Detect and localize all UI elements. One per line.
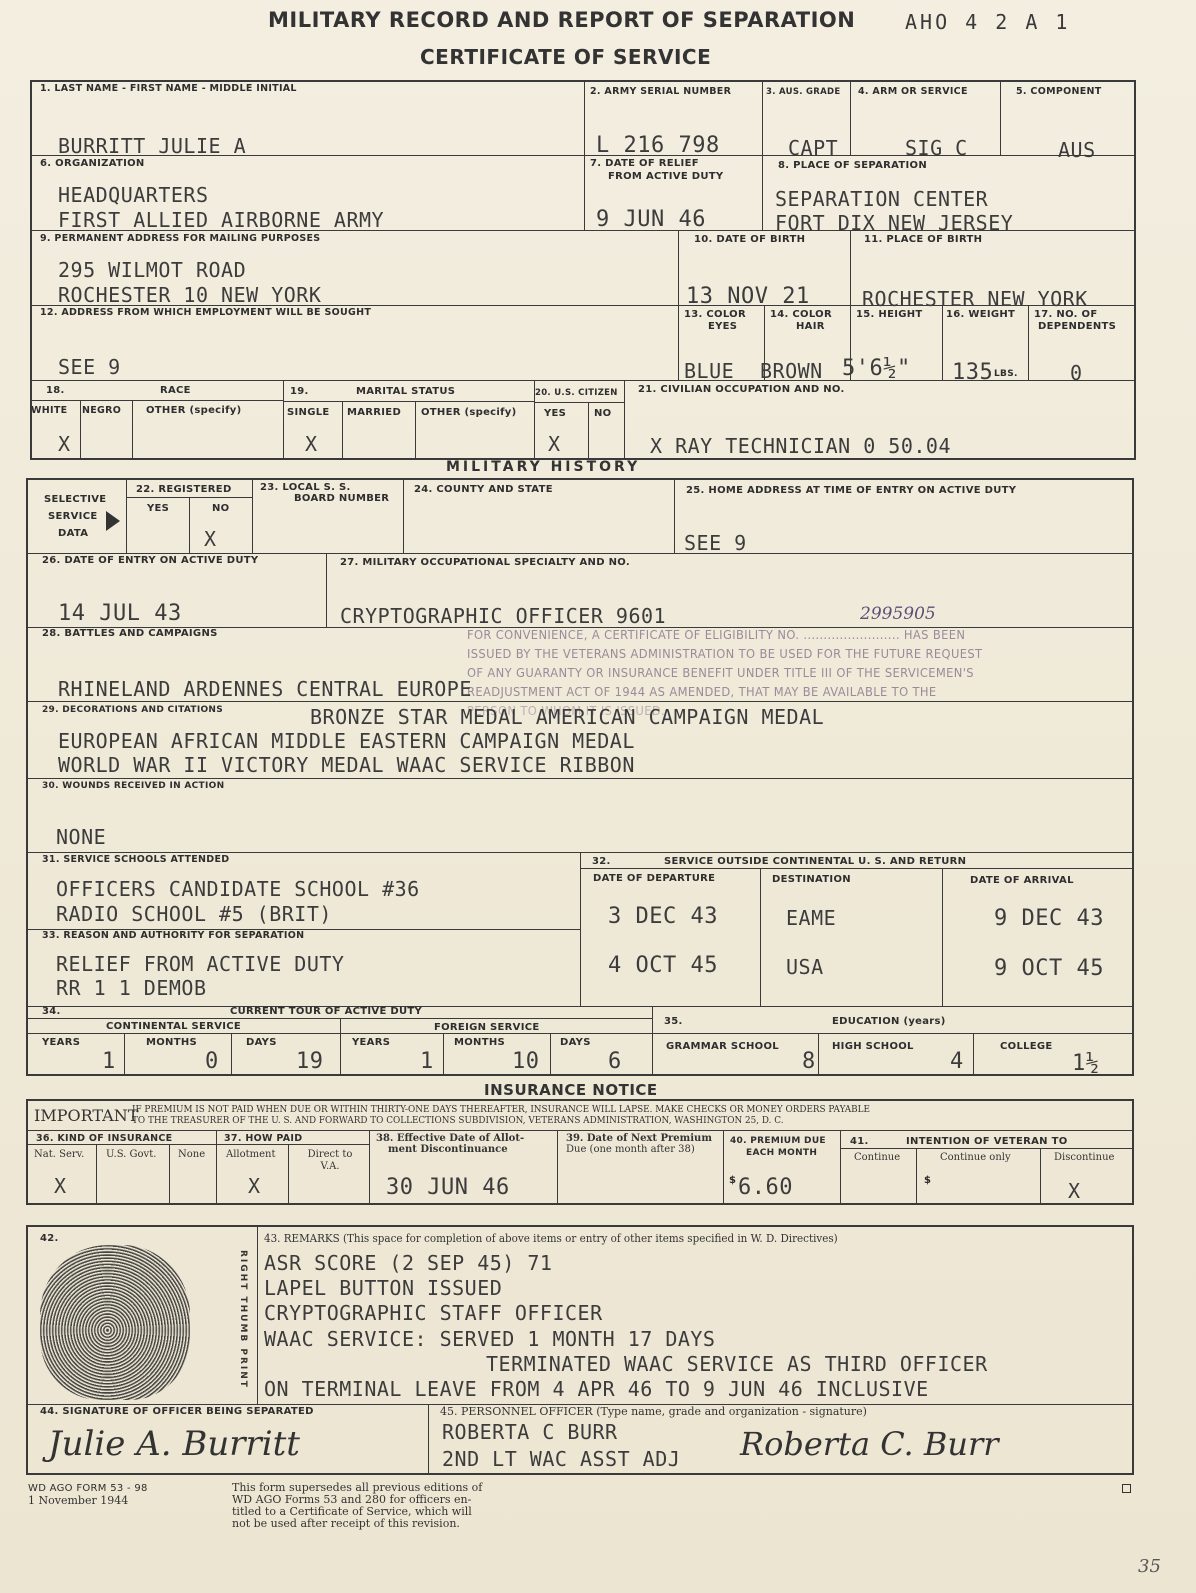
foreign-months-label: MONTHS	[454, 1037, 505, 1049]
field-1-name-value: BURRITT JULIE A	[58, 135, 246, 157]
citizen-yes-mark: X	[548, 433, 561, 455]
field-17-dependents-value: 0	[1070, 362, 1083, 384]
field-13-label-line2: EYES	[708, 321, 737, 333]
field-29-decorations-line2: EUROPEAN AFRICAN MIDDLE EASTERN CAMPAIGN…	[58, 730, 635, 752]
continental-years-label: YEARS	[42, 1037, 80, 1049]
field-41-label: INTENTION OF VETERAN TO	[906, 1136, 1068, 1148]
intention-discontinue-mark: X	[1068, 1180, 1081, 1202]
selective-service-line3: DATA	[58, 528, 88, 540]
field-15-height-value: 5'6½"	[842, 358, 911, 380]
field-5-label: 5. COMPONENT	[1016, 86, 1102, 98]
insurance-natserv-mark: X	[54, 1175, 67, 1197]
important-label: IMPORTANT	[34, 1106, 138, 1125]
field-37-label: 37. HOW PAID	[224, 1133, 302, 1145]
high-school-label: HIGH SCHOOL	[832, 1041, 914, 1053]
overseas-row2-arrival: 9 OCT 45	[994, 958, 1104, 980]
race-white-mark: X	[58, 433, 71, 455]
remarks-line-3: CRYPTOGRAPHIC STAFF OFFICER	[264, 1302, 603, 1324]
field-2-serial-value: L 216 798	[596, 135, 720, 157]
va-stamp-line4: READJUSTMENT ACT OF 1944 AS AMENDED, THA…	[467, 684, 937, 699]
va-stamp-line1: FOR CONVENIENCE, A CERTIFICATE OF ELIGIB…	[467, 627, 965, 642]
field-8-label: 8. PLACE OF SEPARATION	[778, 160, 927, 172]
field-30-label: 30. WOUNDS RECEIVED IN ACTION	[42, 780, 224, 792]
field-4-arm-value: SIG C	[905, 137, 968, 159]
field-14-label-line2: HAIR	[796, 321, 825, 333]
paid-direct-label: Direct to V.A.	[298, 1149, 362, 1173]
field-8-place-line1: SEPARATION CENTER	[775, 188, 988, 210]
field-7-label-line2: FROM ACTIVE DUTY	[608, 171, 723, 183]
field-41-num: 41.	[850, 1136, 869, 1148]
field-26-entry-date-value: 14 JUL 43	[58, 603, 182, 625]
field-17-label-line2: DEPENDENTS	[1038, 321, 1116, 333]
field-31-label: 31. SERVICE SCHOOLS ATTENDED	[42, 854, 229, 866]
personnel-officer-name: ROBERTA C BURR	[442, 1421, 618, 1443]
overseas-row1-departure: 3 DEC 43	[608, 906, 718, 928]
field-36-label: 36. KIND OF INSURANCE	[36, 1133, 172, 1145]
personnel-officer-grade: 2ND LT WAC ASST ADJ	[442, 1448, 680, 1470]
field-9-address-line1: 295 WILMOT ROAD	[58, 259, 246, 281]
field-7-label-line1: 7. DATE OF RELIEF	[590, 158, 699, 170]
field-6-org-line2: FIRST ALLIED AIRBORNE ARMY	[58, 209, 384, 231]
document-subtitle: CERTIFICATE OF SERVICE	[420, 45, 711, 69]
va-stamp-line3: OF ANY GUARANTY OR INSURANCE BENEFIT UND…	[467, 665, 974, 680]
insurance-notice-heading: INSURANCE NOTICE	[484, 1081, 658, 1099]
field-12-label: 12. ADDRESS FROM WHICH EMPLOYMENT WILL B…	[40, 307, 371, 319]
insurance-none-label: None	[178, 1149, 205, 1161]
document-title: MILITARY RECORD AND REPORT OF SEPARATION	[268, 8, 855, 32]
marital-married-label: MARRIED	[347, 407, 401, 419]
eligibility-number-handwritten: 2995905	[860, 604, 936, 624]
race-white-label: WHITE	[31, 405, 67, 417]
field-32-label: SERVICE OUTSIDE CONTINENTAL U. S. AND RE…	[664, 856, 966, 868]
field-3-label: 3. AUS. GRADE	[766, 86, 841, 98]
field-1-label: 1. LAST NAME - FIRST NAME - MIDDLE INITI…	[40, 83, 297, 95]
field-26-label: 26. DATE OF ENTRY ON ACTIVE DUTY	[42, 555, 258, 567]
field-15-label: 15. HEIGHT	[856, 309, 923, 321]
field-39-label-line2: Due (one month after 38)	[566, 1144, 695, 1156]
field-16-unit: LBS.	[994, 368, 1018, 380]
field-34-num: 34.	[42, 1006, 61, 1018]
field-9-address-line2: ROCHESTER 10 NEW YORK	[58, 284, 321, 306]
field-28-campaigns-value: RHINELAND ARDENNES CENTRAL EUROPE	[58, 678, 472, 700]
foreign-years-label: YEARS	[352, 1037, 390, 1049]
field-13-label-line1: 13. COLOR	[684, 309, 746, 321]
field-34-label: CURRENT TOUR OF ACTIVE DUTY	[230, 1006, 422, 1018]
continental-service-label: CONTINENTAL SERVICE	[106, 1021, 241, 1033]
header-date-of-arrival: DATE OF ARRIVAL	[970, 875, 1074, 887]
field-31-schools-line1: OFFICERS CANDIDATE SCHOOL #36	[56, 878, 420, 900]
registered-yes-label: YES	[147, 503, 169, 515]
continental-years-value: 1	[102, 1051, 116, 1073]
registered-no-label: NO	[212, 503, 229, 515]
field-38-allotment-date-value: 30 JUN 46	[386, 1177, 510, 1199]
field-27-specialty-value: CRYPTOGRAPHIC OFFICER 9601	[340, 605, 666, 627]
foreign-months-value: 10	[512, 1051, 540, 1073]
document-code: AHO 4 2 A 1	[905, 10, 1070, 34]
insurance-natserv-label: Nat. Serv.	[34, 1149, 84, 1161]
field-40-label-line1: 40. PREMIUM DUE	[730, 1135, 826, 1147]
military-history-heading: MILITARY HISTORY	[446, 459, 640, 475]
field-14-label-line1: 14. COLOR	[770, 309, 832, 321]
continental-days-value: 19	[296, 1051, 324, 1073]
field-3-grade-value: CAPT	[788, 137, 838, 159]
selective-service-line1: SELECTIVE	[44, 494, 106, 506]
field-5-component-value: AUS	[1058, 139, 1096, 161]
continental-months-value: 0	[205, 1051, 219, 1073]
field-25-label: 25. HOME ADDRESS AT TIME OF ENTRY ON ACT…	[686, 485, 1016, 497]
insurance-usgovt-label: U.S. Govt.	[106, 1149, 156, 1161]
field-16-label: 16. WEIGHT	[946, 309, 1015, 321]
intention-continue-only-currency: $	[924, 1175, 931, 1186]
field-38-label-line2: ment Discontinuance	[388, 1144, 508, 1156]
selective-service-line2: SERVICE	[48, 511, 97, 523]
field-16-weight-value: 135	[952, 362, 993, 384]
intention-discontinue-label: Discontinue	[1054, 1152, 1114, 1164]
paid-allotment-label: Allotment	[226, 1149, 276, 1161]
page-mark: 35	[1138, 1556, 1161, 1577]
college-label: COLLEGE	[1000, 1041, 1053, 1053]
foreign-service-label: FOREIGN SERVICE	[434, 1022, 540, 1034]
fingerprint-image	[40, 1245, 190, 1400]
field-25-home-address-value: SEE 9	[684, 532, 747, 554]
grammar-school-years-value: 8	[802, 1051, 816, 1073]
paid-allotment-mark: X	[248, 1175, 261, 1197]
header-date-of-departure: DATE OF DEPARTURE	[593, 873, 715, 885]
foreign-years-value: 1	[420, 1051, 434, 1073]
field-35-label: EDUCATION (years)	[832, 1016, 946, 1028]
citizen-no-label: NO	[594, 408, 611, 420]
field-20-label: 20. U.S. CITIZEN	[535, 387, 618, 399]
checkbox-icon	[1122, 1484, 1131, 1493]
field-29-decorations-line1: BRONZE STAR MEDAL AMERICAN CAMPAIGN MEDA…	[310, 706, 824, 728]
remarks-line-5: TERMINATED WAAC SERVICE AS THIRD OFFICER	[486, 1353, 988, 1375]
field-28-label: 28. BATTLES AND CAMPAIGNS	[42, 628, 218, 640]
separation-document: MILITARY RECORD AND REPORT OF SEPARATION…	[0, 0, 1196, 1593]
field-14-hair-color-value: BROWN	[760, 360, 823, 382]
field-29-label: 29. DECORATIONS AND CITATIONS	[42, 704, 223, 716]
field-23-label-line2: BOARD NUMBER	[294, 493, 389, 505]
field-44-label: 44. SIGNATURE OF OFFICER BEING SEPARATED	[40, 1406, 314, 1418]
field-13-eye-color-value: BLUE	[684, 360, 734, 382]
college-years-value: 1½	[1072, 1053, 1100, 1075]
intention-continue-label: Continue	[854, 1152, 900, 1164]
field-42-label: 42.	[40, 1233, 59, 1245]
intention-continue-only-label: Continue only	[940, 1152, 1011, 1164]
field-6-label: 6. ORGANIZATION	[40, 158, 145, 170]
continental-months-label: MONTHS	[146, 1037, 197, 1049]
field-8-place-line2: FORT DIX NEW JERSEY	[775, 212, 1013, 234]
separated-officer-signature: Julie A. Burritt	[48, 1424, 300, 1464]
field-29-decorations-line3: WORLD WAR II VICTORY MEDAL WAAC SERVICE …	[58, 754, 635, 776]
field-33-reason-line1: RELIEF FROM ACTIVE DUTY	[56, 953, 344, 975]
overseas-row1-arrival: 9 DEC 43	[994, 908, 1104, 930]
marital-single-label: SINGLE	[287, 407, 330, 419]
high-school-years-value: 4	[950, 1051, 964, 1073]
field-7-relief-date-value: 9 JUN 46	[596, 209, 706, 231]
form-date: 1 November 1944	[28, 1495, 128, 1507]
field-35-num: 35.	[664, 1016, 683, 1028]
field-19-label: MARITAL STATUS	[356, 386, 455, 398]
field-18-label: RACE	[160, 385, 191, 397]
field-24-label: 24. COUNTY AND STATE	[414, 484, 553, 496]
thumb-print-label: RIGHT THUMB PRINT	[238, 1250, 248, 1389]
insurance-notice-line2: TO THE TREASURER OF THE U. S. AND FORWAR…	[132, 1115, 784, 1127]
overseas-row1-destination: EAME	[786, 907, 836, 929]
field-21-label: 21. CIVILIAN OCCUPATION AND NO.	[638, 384, 845, 396]
arrow-right-icon	[106, 511, 120, 531]
field-6-org-line1: HEADQUARTERS	[58, 184, 209, 206]
overseas-row2-departure: 4 OCT 45	[608, 955, 718, 977]
field-10-label: 10. DATE OF BIRTH	[694, 234, 805, 246]
remarks-line-4: WAAC SERVICE: SERVED 1 MONTH 17 DAYS	[264, 1328, 715, 1350]
field-27-label: 27. MILITARY OCCUPATIONAL SPECIALTY AND …	[340, 557, 630, 569]
field-40-currency: $	[729, 1175, 736, 1186]
citizen-yes-label: YES	[544, 408, 566, 420]
foreign-days-value: 6	[608, 1051, 622, 1073]
remarks-line-6: ON TERMINAL LEAVE FROM 4 APR 46 TO 9 JUN…	[264, 1378, 929, 1400]
field-31-schools-line2: RADIO SCHOOL #5 (BRIT)	[56, 903, 332, 925]
field-40-label-line2: EACH MONTH	[746, 1147, 817, 1159]
marital-other-label: OTHER (specify)	[421, 407, 516, 419]
race-negro-label: NEGRO	[82, 405, 121, 417]
grammar-school-label: GRAMMAR SCHOOL	[666, 1041, 779, 1053]
field-11-label: 11. PLACE OF BIRTH	[864, 234, 982, 246]
field-4-label: 4. ARM OR SERVICE	[858, 86, 968, 98]
field-22-label: 22. REGISTERED	[136, 484, 232, 496]
va-stamp-line2: ISSUED BY THE VETERANS ADMINISTRATION TO…	[467, 646, 982, 661]
field-19-num: 19.	[290, 386, 309, 398]
field-11-birthplace-value: ROCHESTER NEW YORK	[862, 288, 1088, 310]
field-2-label: 2. ARMY SERIAL NUMBER	[590, 86, 731, 98]
field-43-label: 43. REMARKS (This space for completion o…	[264, 1233, 838, 1245]
footer-note-line4: not be used after receipt of this revisi…	[232, 1518, 460, 1530]
race-other-label: OTHER (specify)	[146, 405, 241, 417]
field-40-premium-value: 6.60	[738, 1177, 793, 1199]
field-17-label-line1: 17. NO. OF	[1034, 309, 1097, 321]
field-18-num: 18.	[46, 385, 65, 397]
remarks-line-1: ASR SCORE (2 SEP 45) 71	[264, 1252, 552, 1274]
field-9-label: 9. PERMANENT ADDRESS FOR MAILING PURPOSE…	[40, 233, 320, 245]
field-12-employment-address-value: SEE 9	[58, 356, 121, 378]
continental-days-label: DAYS	[246, 1037, 277, 1049]
overseas-row2-destination: USA	[786, 956, 824, 978]
field-33-label: 33. REASON AND AUTHORITY FOR SEPARATION	[42, 930, 304, 942]
personnel-officer-signature: Roberta C. Burr	[740, 1425, 999, 1463]
field-10-birthdate-value: 13 NOV 21	[686, 286, 810, 308]
field-33-reason-line2: RR 1 1 DEMOB	[56, 977, 207, 999]
field-21-occupation-value: X RAY TECHNICIAN 0 50.04	[650, 435, 951, 457]
field-32-num: 32.	[592, 856, 611, 868]
remarks-line-2: LAPEL BUTTON ISSUED	[264, 1277, 502, 1299]
registered-no-mark: X	[204, 528, 217, 550]
marital-single-mark: X	[305, 433, 318, 455]
header-destination: DESTINATION	[772, 874, 851, 886]
field-45-label: 45. PERSONNEL OFFICER (Type name, grade …	[440, 1406, 867, 1418]
field-30-wounds-value: NONE	[56, 826, 106, 848]
foreign-days-label: DAYS	[560, 1037, 591, 1049]
